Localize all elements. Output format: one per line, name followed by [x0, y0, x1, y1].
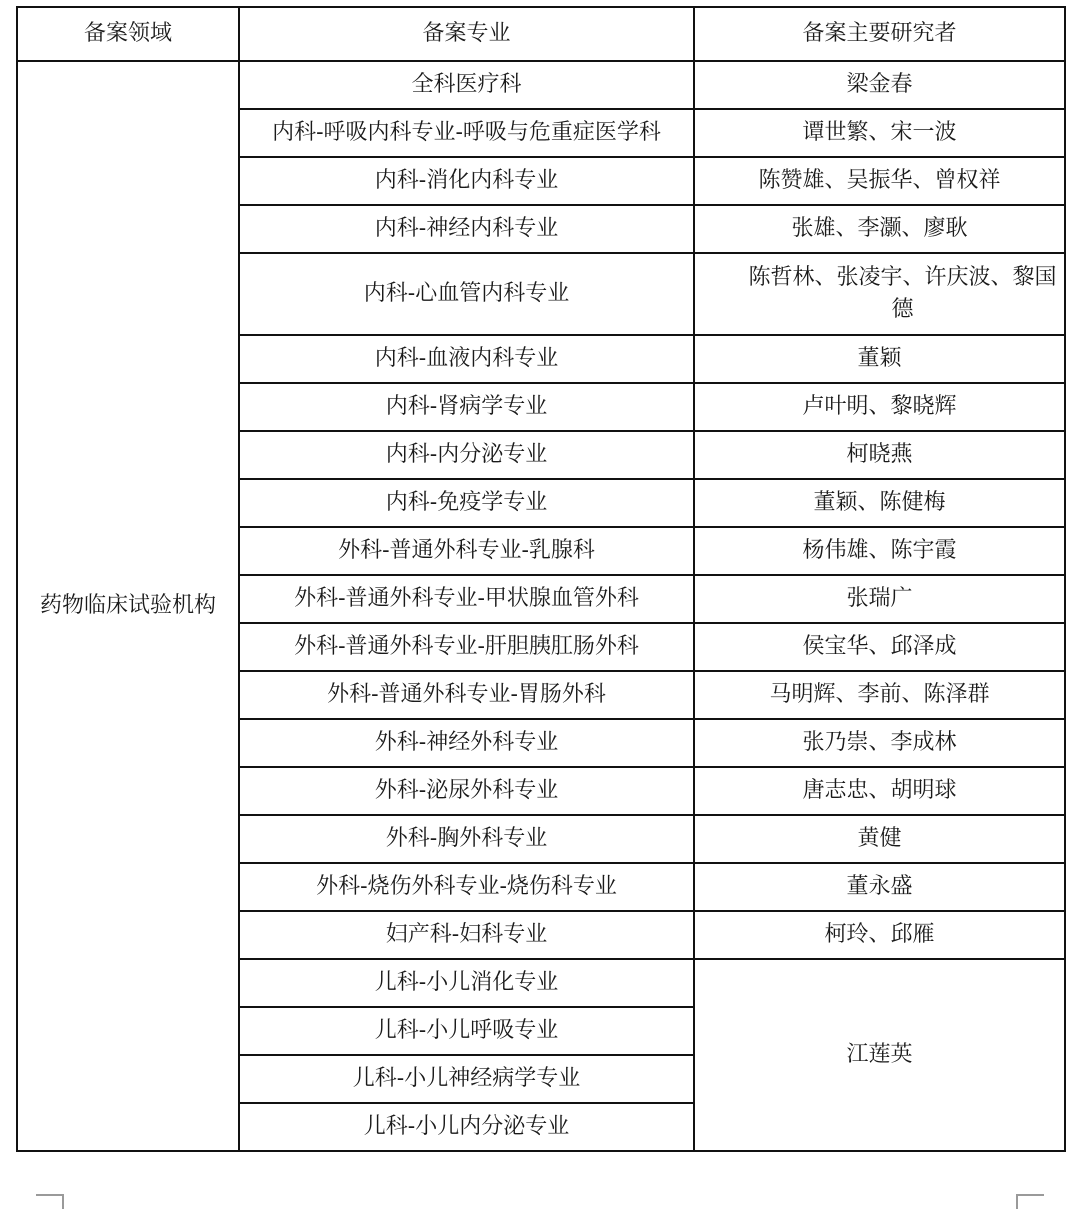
specialty-cell: 外科-普通外科专业-胃肠外科: [239, 671, 694, 719]
specialty-cell: 儿科-小儿呼吸专业: [239, 1007, 694, 1055]
investigators-cell: 杨伟雄、陈宇霞: [694, 527, 1065, 575]
specialty-cell: 外科-胸外科专业: [239, 815, 694, 863]
investigators-cell: 董永盛: [694, 863, 1065, 911]
specialty-cell: 内科-内分泌专业: [239, 431, 694, 479]
investigators-cell: 董颖: [694, 335, 1065, 383]
investigators-cell-merged: 江莲英: [694, 959, 1065, 1151]
specialty-cell: 儿科-小儿神经病学专业: [239, 1055, 694, 1103]
specialty-cell: 内科-血液内科专业: [239, 335, 694, 383]
table-row: 药物临床试验机构 全科医疗科 梁金春: [17, 61, 1065, 109]
investigators-cell: 唐志忠、胡明球: [694, 767, 1065, 815]
investigators-cell: 卢叶明、黎晓辉: [694, 383, 1065, 431]
specialty-cell: 外科-普通外科专业-乳腺科: [239, 527, 694, 575]
investigators-cell: 黄健: [694, 815, 1065, 863]
specialty-cell: 儿科-小儿消化专业: [239, 959, 694, 1007]
specialty-cell: 内科-呼吸内科专业-呼吸与危重症医学科: [239, 109, 694, 157]
specialty-cell: 儿科-小儿内分泌专业: [239, 1103, 694, 1151]
header-domain: 备案领域: [17, 7, 239, 61]
specialty-cell: 内科-消化内科专业: [239, 157, 694, 205]
clinical-trial-registry-table: 备案领域 备案专业 备案主要研究者 药物临床试验机构 全科医疗科 梁金春 内科-…: [16, 6, 1066, 1152]
page-corner-mark-left: [36, 1194, 64, 1209]
investigators-cell: 陈赞雄、吴振华、曾权祥: [694, 157, 1065, 205]
page-corner-mark-right: [1016, 1194, 1044, 1209]
specialty-cell: 外科-普通外科专业-甲状腺血管外科: [239, 575, 694, 623]
investigators-cell: 柯玲、邱雁: [694, 911, 1065, 959]
specialty-cell: 内科-肾病学专业: [239, 383, 694, 431]
specialty-cell: 外科-普通外科专业-肝胆胰肛肠外科: [239, 623, 694, 671]
header-investigators: 备案主要研究者: [694, 7, 1065, 61]
specialty-cell: 外科-神经外科专业: [239, 719, 694, 767]
investigators-cell: 张瑞广: [694, 575, 1065, 623]
header-specialty: 备案专业: [239, 7, 694, 61]
investigators-cell: 张雄、李灏、廖耿: [694, 205, 1065, 253]
specialty-cell: 外科-泌尿外科专业: [239, 767, 694, 815]
header-row: 备案领域 备案专业 备案主要研究者: [17, 7, 1065, 61]
specialty-cell: 外科-烧伤外科专业-烧伤科专业: [239, 863, 694, 911]
specialty-cell: 全科医疗科: [239, 61, 694, 109]
specialty-cell: 内科-心血管内科专业: [239, 253, 694, 335]
investigators-cell: 柯晓燕: [694, 431, 1065, 479]
specialty-cell: 内科-免疫学专业: [239, 479, 694, 527]
investigators-cell: 张乃崇、李成林: [694, 719, 1065, 767]
investigators-cell: 梁金春: [694, 61, 1065, 109]
domain-cell: 药物临床试验机构: [17, 61, 239, 1151]
investigators-cell: 马明辉、李前、陈泽群: [694, 671, 1065, 719]
investigators-cell: 侯宝华、邱泽成: [694, 623, 1065, 671]
investigators-cell: 董颖、陈健梅: [694, 479, 1065, 527]
investigators-cell: 谭世繁、宋一波: [694, 109, 1065, 157]
specialty-cell: 妇产科-妇科专业: [239, 911, 694, 959]
specialty-cell: 内科-神经内科专业: [239, 205, 694, 253]
investigators-cell: 陈哲林、张凌宇、许庆波、黎国德: [694, 253, 1065, 335]
